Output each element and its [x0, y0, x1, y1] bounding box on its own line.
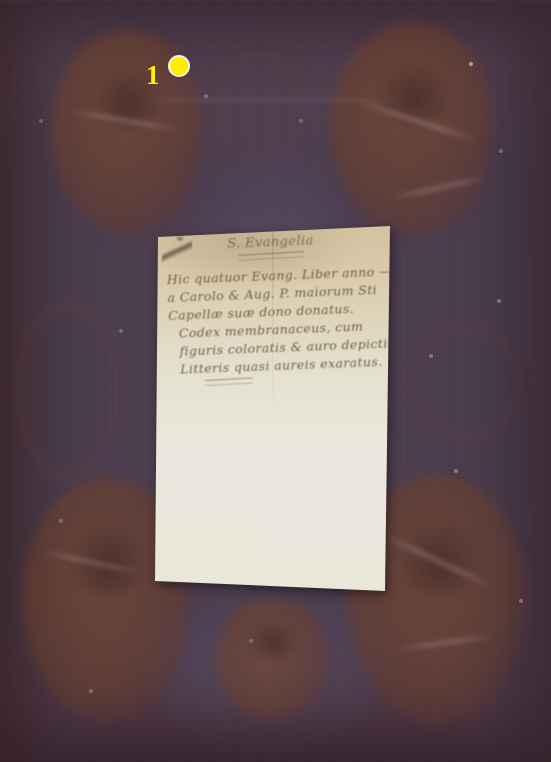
- medallion-top-right: [330, 22, 495, 237]
- sheen-band: [120, 98, 420, 102]
- photo-of-manuscript-binding: S. Evangelia Hic quatuor Evang. Liber an…: [0, 0, 551, 762]
- medallion-mid-left: [15, 300, 120, 480]
- paper-surface: S. Evangelia Hic quatuor Evang. Liber an…: [154, 224, 392, 593]
- paper-label: S. Evangelia Hic quatuor Evang. Liber an…: [154, 224, 392, 593]
- medallion-top-center: [213, 52, 308, 160]
- marker-number: 1: [146, 62, 160, 89]
- medallion-mid-right: [408, 325, 523, 440]
- medallion-bottom-center: [215, 598, 330, 723]
- marker-dot-icon[interactable]: [168, 55, 190, 77]
- handwritten-text: S. Evangelia Hic quatuor Evang. Liber an…: [165, 230, 381, 387]
- underline-flourish: [205, 377, 253, 386]
- dust-speckles: [0, 0, 2, 2]
- medallion-recess: [247, 621, 299, 659]
